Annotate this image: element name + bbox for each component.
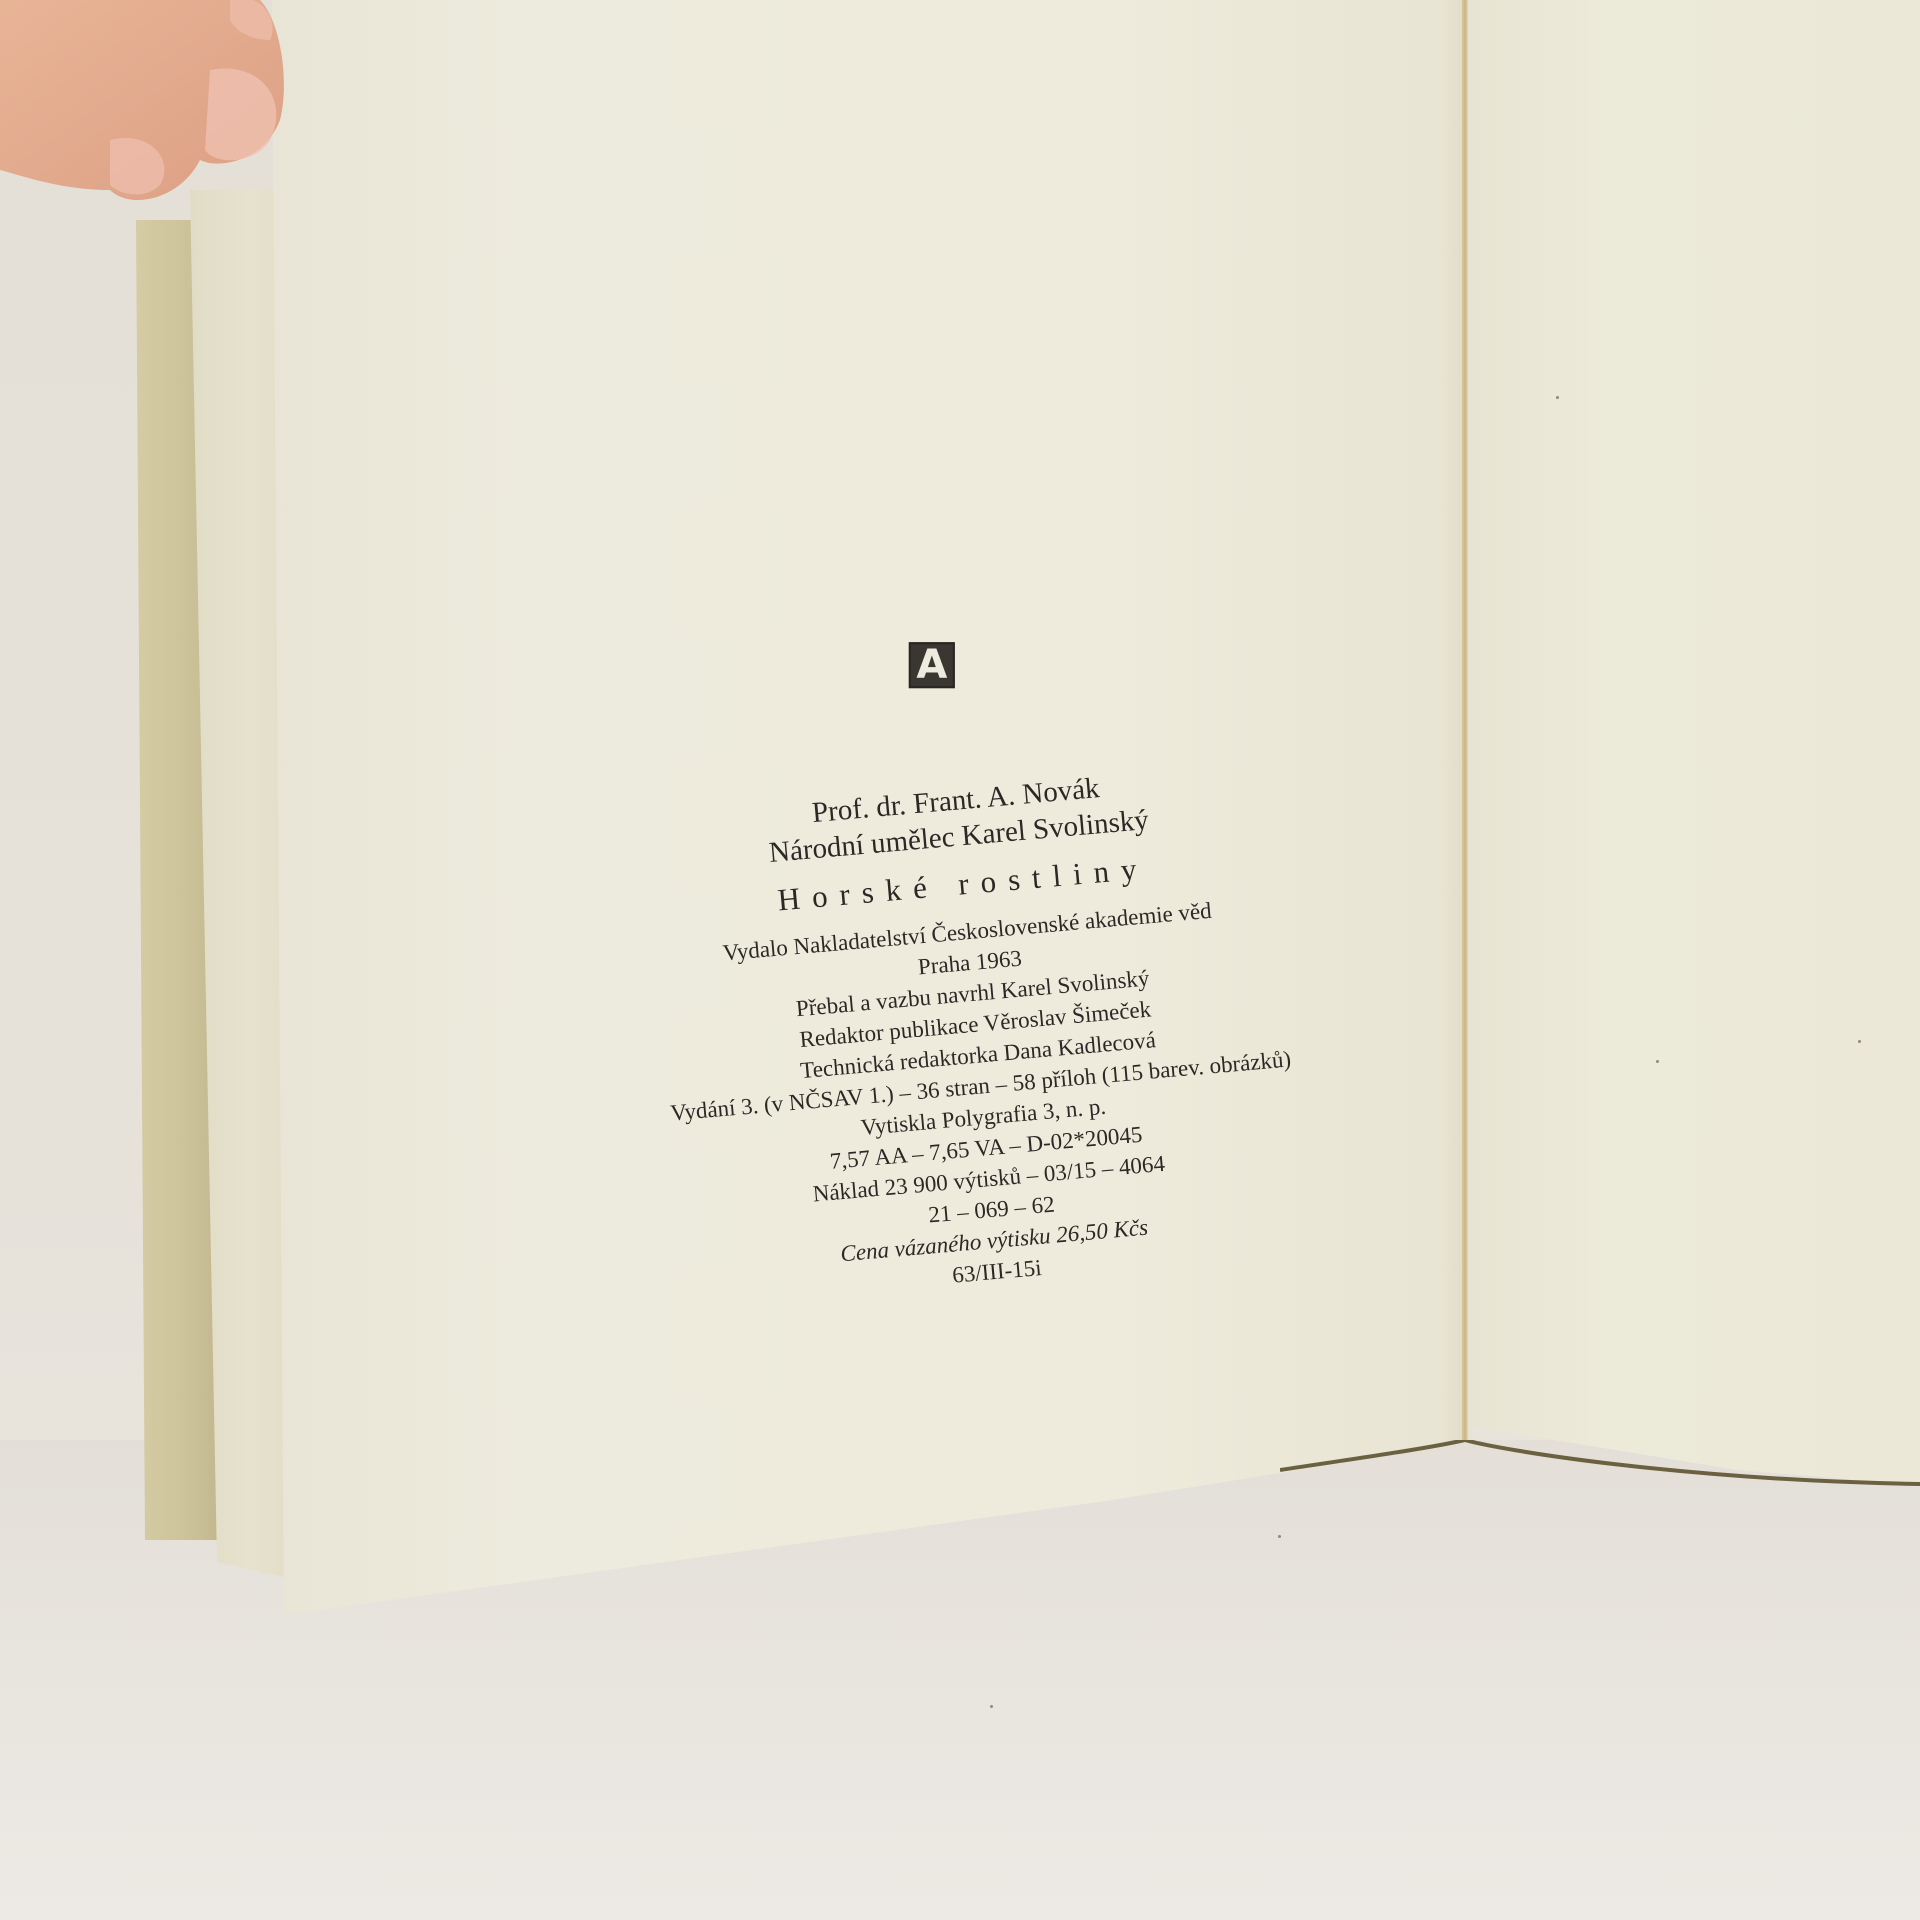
table-speck: [1278, 1535, 1281, 1538]
table-speck: [990, 1705, 993, 1708]
hand-holding-page: [0, 0, 320, 220]
imprint-block: A Prof. dr. Frant. A. Novák Národní uměl…: [533, 605, 1406, 1322]
book-gutter: [1462, 0, 1468, 1440]
right-page: [1466, 0, 1920, 1485]
paper-speck: [1656, 1060, 1659, 1063]
photo-scene: A Prof. dr. Frant. A. Novák Národní uměl…: [0, 0, 1920, 1920]
paper-speck: [1556, 396, 1559, 399]
publisher-logo-a-icon: A: [909, 642, 955, 688]
page-bottom-edge: [1280, 1440, 1920, 1500]
paper-speck: [1858, 1040, 1861, 1043]
